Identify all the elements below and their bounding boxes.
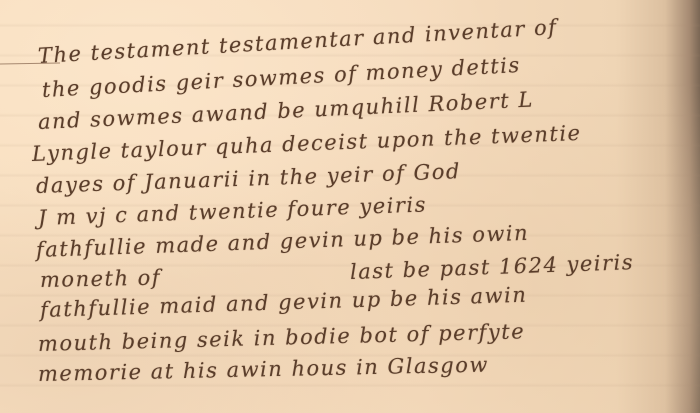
manuscript-page: The testament testamentar and inventar o… bbox=[0, 0, 700, 413]
manuscript-line-8: moneth of bbox=[40, 265, 162, 292]
manuscript-line-11: memorie at his awin hous in Glasgow bbox=[38, 353, 489, 386]
manuscript-line-8-date: last be past 1624 yeiris bbox=[350, 250, 635, 284]
manuscript-line-6: J m vj c and twentie foure yeiris bbox=[38, 192, 428, 230]
manuscript-line-10: mouth being seik in bodie bot of perfyte bbox=[38, 319, 526, 356]
manuscript-line-5: dayes of Januarii in the yeir of God bbox=[36, 159, 462, 198]
